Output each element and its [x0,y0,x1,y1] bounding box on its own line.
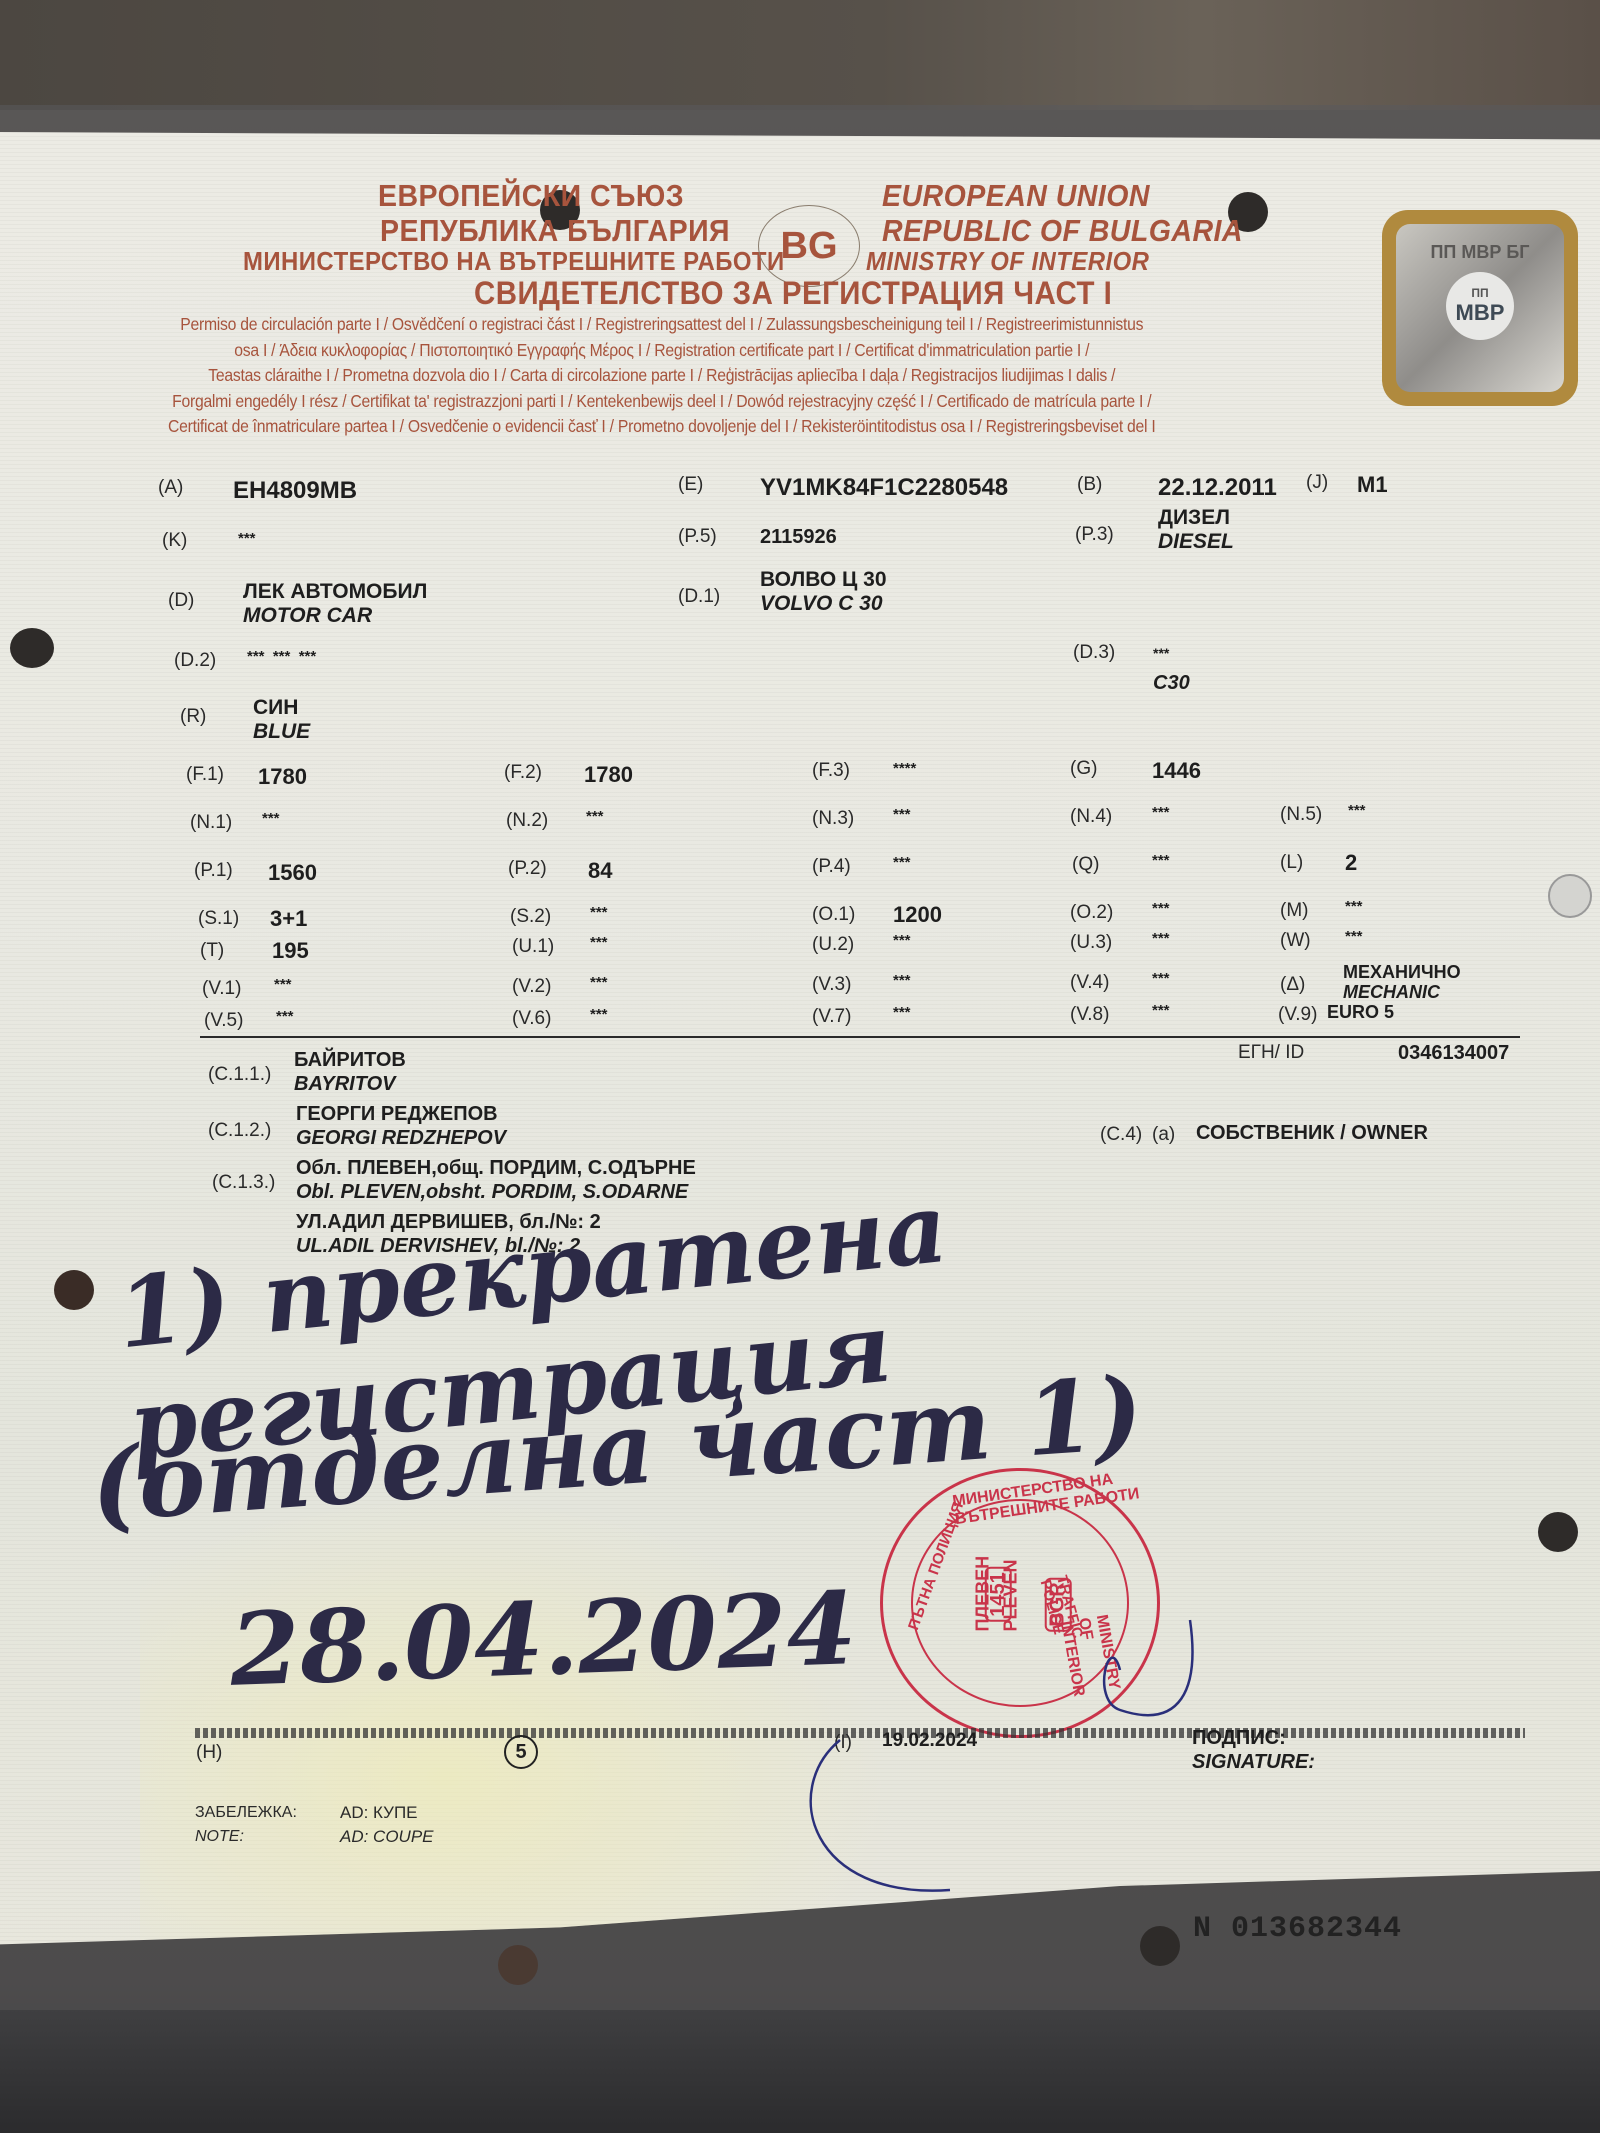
field-d2-value: *** *** *** [247,648,316,665]
fuel-bg: ДИЗЕЛ [1158,506,1234,530]
field-p4-label: (P.4) [812,856,851,878]
field-v9-label: (V.9) [1278,1004,1317,1026]
field-j-label: (J) [1306,472,1328,494]
surname-en: BAYRITOV [294,1072,406,1096]
field-o2-label: (O.2) [1070,902,1113,924]
field-t-label: (T) [200,940,224,962]
field-o2-value: *** [1152,900,1170,917]
hologram-pp: ПП [1471,286,1488,300]
field-d-label: (D) [168,590,194,612]
fuel-en: DIESEL [1158,530,1234,554]
field-v3-value: *** [893,972,911,989]
field-j-category: M1 [1357,472,1388,498]
field-v5-value: *** [276,1008,294,1025]
multilang-line: Teastas cláraithe I / Prometna dozvola d… [160,363,1164,389]
field-d-type: ЛЕК АВТОМОБИЛ MOTOR CAR [243,580,427,628]
field-v8-label: (V.8) [1070,1004,1109,1026]
field-v8-value: *** [1152,1002,1170,1019]
field-n2-value: *** [586,808,604,825]
field-f1-label: (F.1) [186,764,224,786]
owner-id-label: ЕГН/ ID [1238,1042,1304,1064]
circled-number: 5 [504,1735,538,1769]
field-g-label: (G) [1070,758,1097,780]
field-v1-label: (V.1) [202,978,241,1000]
field-k-label: (K) [162,530,187,552]
field-u1-value: *** [590,934,608,951]
field-c12-label: (C.1.2.) [208,1120,271,1142]
model-en: C30 [1153,668,1190,698]
field-l-value: 2 [1345,850,1357,876]
field-c4-label: (C.4) [1100,1124,1142,1146]
make-en: VOLVO C 30 [760,592,887,616]
header-ministry-en: MINISTRY OF INTERIOR [866,246,1149,277]
field-delta-transmission: МЕХАНИЧНО MECHANIC [1343,962,1461,1002]
field-o1-label: (O.1) [812,904,855,926]
field-v5-label: (V.5) [204,1010,243,1032]
field-d2-label: (D.2) [174,650,216,672]
field-u3-label: (U.3) [1070,932,1112,954]
field-v2-value: *** [590,974,608,991]
type-bg: ЛЕК АВТОМОБИЛ [243,580,427,604]
field-n5-value: *** [1348,802,1366,819]
field-c13-label: (C.1.3.) [212,1172,275,1194]
note-label-en: NOTE: [195,1828,244,1846]
field-p1-label: (P.1) [194,860,233,882]
name-bg: ГЕОРГИ РЕДЖЕПОВ [296,1102,506,1126]
security-hologram: ПП МВР БГ ПП МВР [1382,210,1578,406]
note-value-en: AD: COUPE [340,1827,434,1847]
field-k-value: *** [238,530,256,547]
multilang-line: Certificat de înmatriculare partea I / O… [160,414,1164,440]
address-en: Obl. PLEVEN,obsht. PORDIM, S.ODARNE [296,1180,696,1204]
field-g-value: 1446 [1152,758,1201,784]
field-d1-label: (D.1) [678,586,720,608]
section-divider [200,1036,1520,1038]
punch-hole [498,1945,538,1985]
field-p2-label: (P.2) [508,858,547,880]
field-f1-value: 1780 [258,764,307,790]
multilang-line: Permiso de circulación parte I / Osvědče… [160,312,1164,338]
field-p2-value: 84 [588,858,612,884]
punch-hole [10,628,54,668]
field-b-label: (B) [1077,474,1102,496]
owner-id-value: 0346134007 [1398,1042,1509,1065]
mvr-emblem-icon: ПП МВР [1446,272,1514,340]
field-u2-label: (U.2) [812,934,854,956]
field-n3-label: (N.3) [812,808,854,830]
field-v6-value: *** [590,1006,608,1023]
field-v3-label: (V.3) [812,974,851,996]
multilingual-subtitle: Permiso de circulación parte I / Osvědče… [160,312,1164,440]
field-s1-value: 3+1 [270,906,307,932]
field-v7-value: *** [893,1004,911,1021]
certificate-title: СВИДЕТЕЛСТВО ЗА РЕГИСТРАЦИЯ ЧАСТ I [474,275,1112,312]
field-c4-sub: (a) [1152,1124,1175,1146]
field-f3-value: **** [893,760,916,777]
field-n2-label: (N.2) [506,810,548,832]
field-v1-value: *** [274,976,292,993]
sleeve-bottom-edge [0,2010,1600,2133]
field-v9-emission: EURO 5 [1327,1002,1394,1023]
multilang-line: osa I / Άδεια κυκλοφορίας / Πιστοποιητικ… [160,338,1164,364]
signature-label: ПОДПИС: SIGNATURE: [1192,1726,1315,1774]
field-e-label: (E) [678,474,703,496]
pen-signature-icon [790,1570,1210,1910]
field-m-value: *** [1345,898,1363,915]
field-o1-value: 1200 [893,902,942,928]
signature-en: SIGNATURE: [1192,1750,1315,1774]
signature-bg: ПОДПИС: [1192,1726,1315,1750]
field-r-label: (R) [180,706,206,728]
punch-hole [1548,874,1592,918]
field-d1-make: ВОЛВО Ц 30 VOLVO C 30 [760,568,887,616]
background-surface [0,0,1600,110]
field-v6-label: (V.6) [512,1008,551,1030]
field-s2-label: (S.2) [510,906,551,928]
note-value-bg: AD: КУПЕ [340,1803,418,1823]
field-c12-name: ГЕОРГИ РЕДЖЕПОВ GEORGI REDZHEPOV [296,1102,506,1150]
field-f2-label: (F.2) [504,762,542,784]
field-p5-label: (P.5) [678,526,717,548]
hologram-text: ПП МВР БГ [1396,242,1564,263]
field-n4-value: *** [1152,804,1170,821]
header-republic-en: REPUBLIC OF BULGARIA [882,213,1243,249]
name-en: GEORGI REDZHEPOV [296,1126,506,1150]
hologram-mvr: МВР [1456,300,1505,326]
punch-hole [1538,1512,1578,1552]
field-u1-label: (U.1) [512,936,554,958]
field-delta-label: (Δ) [1280,974,1305,996]
field-c11-surname: БАЙРИТОВ BAYRITOV [294,1048,406,1096]
handwritten-date: 28.04.2024 [228,1569,858,1709]
field-e-vin: YV1MK84F1C2280548 [760,474,1008,502]
type-en: MOTOR CAR [243,604,427,628]
header-ministry-bg: МИНИСТЕРСТВО НА ВЪТРЕШНИТЕ РАБОТИ [243,246,785,277]
field-b-first-reg-date: 22.12.2011 [1158,474,1277,502]
field-r-color: СИН BLUE [253,696,310,744]
model-bg: *** [1153,638,1190,668]
field-p3-label: (P.3) [1075,524,1114,546]
field-q-label: (Q) [1072,854,1099,876]
color-en: BLUE [253,720,310,744]
field-f2-value: 1780 [584,762,633,788]
punch-hole [54,1270,94,1310]
header-eu-bg: ЕВРОПЕЙСКИ СЪЮЗ [378,178,684,214]
field-v2-label: (V.2) [512,976,551,998]
field-s1-label: (S.1) [198,908,239,930]
field-n1-value: *** [262,810,280,827]
field-v4-label: (V.4) [1070,972,1109,994]
field-n3-value: *** [893,806,911,823]
field-h-label: (H) [196,1742,222,1764]
field-a-label: (A) [158,477,183,499]
field-p3-fuel: ДИЗЕЛ DIESEL [1158,506,1234,554]
field-w-value: *** [1345,928,1363,945]
field-p5-engine-code: 2115926 [760,526,837,549]
field-t-value: 195 [272,938,309,964]
field-n4-label: (N.4) [1070,806,1112,828]
field-m-label: (M) [1280,900,1308,922]
field-s2-value: *** [590,904,608,921]
field-q-value: *** [1152,852,1170,869]
header-eu-en: EUROPEAN UNION [882,178,1150,214]
transmission-bg: МЕХАНИЧНО [1343,962,1461,982]
field-p1-value: 1560 [268,860,317,886]
field-d3-model: *** C30 [1153,638,1190,698]
field-u2-value: *** [893,932,911,949]
field-d3-label: (D.3) [1073,642,1115,664]
field-f3-label: (F.3) [812,760,850,782]
make-bg: ВОЛВО Ц 30 [760,568,887,592]
field-p4-value: *** [893,854,911,871]
field-u3-value: *** [1152,930,1170,947]
field-n1-label: (N.1) [190,812,232,834]
color-bg: СИН [253,696,310,720]
field-a-plate: EH4809MB [233,477,357,505]
field-n5-label: (N.5) [1280,804,1322,826]
punch-hole [1140,1926,1180,1966]
field-w-label: (W) [1280,930,1311,952]
field-c11-label: (C.1.1.) [208,1064,271,1086]
document-serial-number: N 013682344 [1193,1912,1402,1946]
field-v7-label: (V.7) [812,1006,851,1028]
field-v4-value: *** [1152,970,1170,987]
field-l-label: (L) [1280,852,1303,874]
header-republic-bg: РЕПУБЛИКА БЪЛГАРИЯ [380,213,730,249]
surname-bg: БАЙРИТОВ [294,1048,406,1072]
transmission-en: MECHANIC [1343,982,1461,1002]
multilang-line: Forgalmi engedély I rész / Certifikat ta… [160,389,1164,415]
address-bg: Обл. ПЛЕВЕН,общ. ПОРДИМ, С.ОДЪРНЕ [296,1156,696,1180]
note-label-bg: ЗАБЕЛЕЖКА: [195,1804,297,1822]
